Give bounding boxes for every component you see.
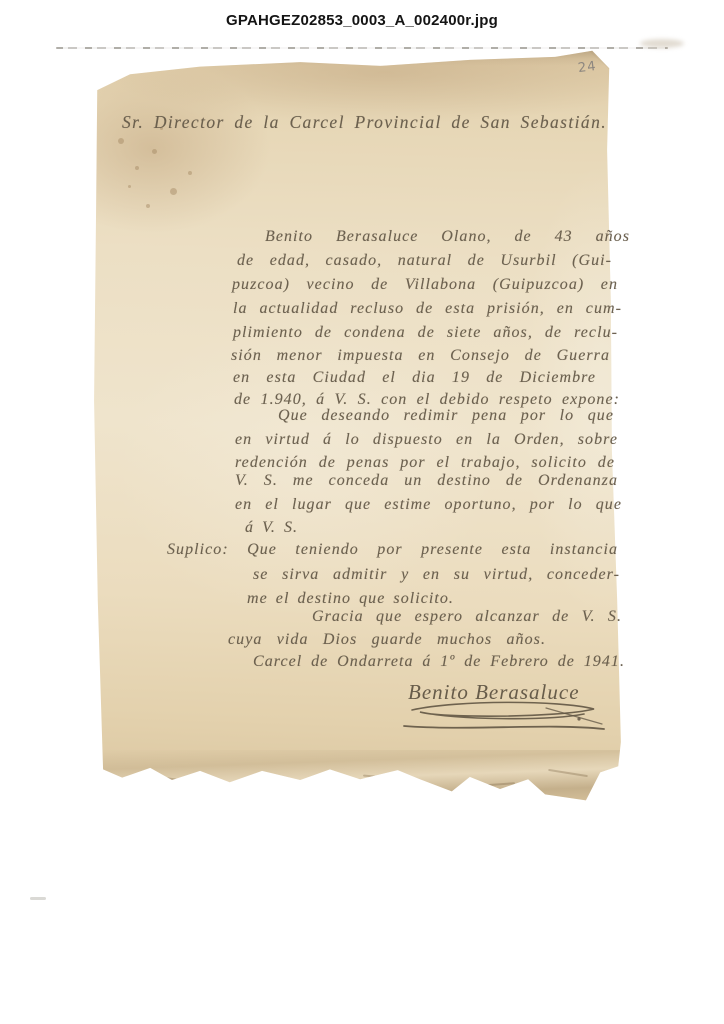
letter-line: sión menor impuesta en Consejo de Guerra xyxy=(231,346,610,366)
letter-line: Gracia que espero alcanzar de V. S. xyxy=(312,607,622,627)
letter-line: Suplico: Que teniendo por presente esta … xyxy=(167,540,618,560)
letter-line: me el destino que solicito. xyxy=(247,589,447,609)
letter-line: puzcoa) vecino de Villabona (Guipuzcoa) … xyxy=(232,275,618,295)
letter-line: plimiento de condena de siete años, de r… xyxy=(233,323,618,343)
stain-speck xyxy=(188,171,192,175)
crease-mark xyxy=(243,780,289,787)
letter-line: de edad, casado, natural de Usurbil (Gui… xyxy=(237,251,612,271)
signature-flourish xyxy=(398,698,610,734)
letter-line: á V. S. xyxy=(245,518,325,538)
stain-speck xyxy=(128,185,131,188)
letter-line: Que deseando redimir pena por lo que xyxy=(278,406,614,426)
stain-speck xyxy=(152,149,157,154)
crease-mark xyxy=(363,775,397,780)
letter-line: cuya vida Dios guarde muchos años. xyxy=(228,630,546,650)
letter-line: en el lugar que estime oportuno, por lo … xyxy=(235,495,622,515)
fold-remnant-smudge xyxy=(640,39,684,48)
stain-speck xyxy=(118,138,124,144)
letter-line: la actualidad recluso de esta prisión, e… xyxy=(233,299,622,319)
letter-line: en esta Ciudad el dia 19 de Diciembre xyxy=(233,368,596,388)
scan-top-edge-line xyxy=(56,47,668,49)
letter-line: redención de penas por el trabajo, solic… xyxy=(235,453,615,473)
page-number-pencil: 24 xyxy=(577,59,597,76)
image-filename-caption: GPAHGEZ02853_0003_A_002400r.jpg xyxy=(0,12,724,29)
letter-line: Benito Berasaluce Olano, de 43 años xyxy=(265,227,630,247)
letter-line: se sirva admitir y en su virtud, concede… xyxy=(253,565,620,585)
letter-line: V. S. me conceda un destino de Ordenanza xyxy=(235,471,618,491)
letter-heading: Sr. Director de la Carcel Provincial de … xyxy=(122,112,607,132)
stain-speck xyxy=(170,188,177,195)
letter-line: en virtud á lo dispuesto en la Orden, so… xyxy=(235,430,618,450)
letter-line: Carcel de Ondarreta á 1º de Febrero de 1… xyxy=(253,652,625,672)
stain-speck xyxy=(146,204,150,208)
stain-speck xyxy=(135,166,139,170)
scan-artifact-dash xyxy=(30,897,46,900)
bottom-fold-band xyxy=(93,750,623,802)
